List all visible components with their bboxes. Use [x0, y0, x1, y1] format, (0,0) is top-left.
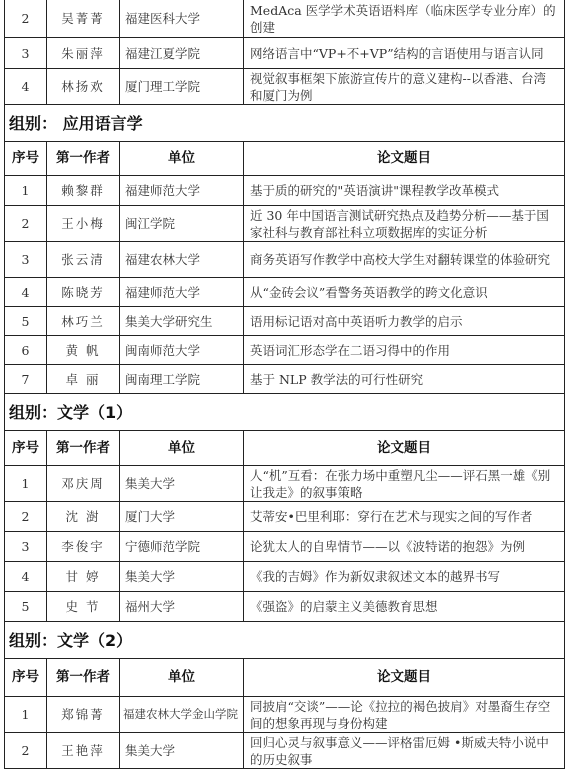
- row-number: 5: [5, 592, 47, 622]
- unit: 闽南师范大学: [120, 336, 244, 365]
- unit: 集美大学: [120, 466, 244, 502]
- author: 郑锦菁: [47, 697, 120, 733]
- paper-title: 基于 NLP 教学法的可行性研究: [244, 365, 565, 394]
- header-author: 第一作者: [47, 142, 120, 176]
- author: 张云清: [47, 242, 120, 278]
- author: 朱丽萍: [47, 38, 120, 69]
- table-row: 2 吴菁菁 福建医科大学 MedAca 医学学术英语语料库（临床医学专业分库）的…: [5, 0, 565, 38]
- row-number: 1: [5, 466, 47, 502]
- row-number: 4: [5, 562, 47, 592]
- row-number: 6: [5, 336, 47, 365]
- unit: 集美大学: [120, 733, 244, 769]
- table-row: 6 黄 帆 闽南师范大学 英语词汇形态学在二语习得中的作用: [5, 336, 565, 365]
- paper-list-table: 2 吴菁菁 福建医科大学 MedAca 医学学术英语语料库（临床医学专业分库）的…: [4, 0, 565, 769]
- paper-title: 基于质的研究的"英语演讲"课程教学改革模式: [244, 176, 565, 206]
- paper-title: 回归心灵与叙事意义——评格雷厄姆 •斯威夫特小说中的历史叙事: [244, 733, 565, 769]
- paper-title: 《我的吉姆》作为新奴隶叙述文本的越界书写: [244, 562, 565, 592]
- header-number: 序号: [5, 431, 47, 466]
- author: 甘 婷: [47, 562, 120, 592]
- group-label: 组别：文学（1）: [5, 394, 565, 431]
- author: 林巧兰: [47, 307, 120, 336]
- table-row: 2 王小梅 闽江学院 近 30 年中国语言测试研究热点及趋势分析——基于国家社科…: [5, 206, 565, 242]
- paper-title: 从“金砖会议”看警务英语教学的跨文化意识: [244, 278, 565, 307]
- row-number: 4: [5, 69, 47, 105]
- paper-title: MedAca 医学学术英语语料库（临床医学专业分库）的创建: [244, 0, 565, 38]
- row-number: 1: [5, 176, 47, 206]
- header-author: 第一作者: [47, 431, 120, 466]
- paper-title: 人“机”互看：在张力场中重塑凡尘——评石黑一雄《别让我走》的叙事策略: [244, 466, 565, 502]
- row-number: 4: [5, 278, 47, 307]
- unit: 集美大学: [120, 562, 244, 592]
- row-number: 1: [5, 697, 47, 733]
- author: 王小梅: [47, 206, 120, 242]
- paper-title: 近 30 年中国语言测试研究热点及趋势分析——基于国家社科与教育部社科立项数据库…: [244, 206, 565, 242]
- table-row: 1 邓庆周 集美大学 人“机”互看：在张力场中重塑凡尘——评石黑一雄《别让我走》…: [5, 466, 565, 502]
- header-number: 序号: [5, 142, 47, 176]
- paper-title: 网络语言中“VP+不+VP”结构的言语使用与语言认同: [244, 38, 565, 69]
- group-label: 组别：文学（2）: [5, 622, 565, 659]
- group-header: 组别： 应用语言学: [5, 105, 565, 142]
- table-row: 1 郑锦菁 福建农林大学金山学院 同披肩“交谈”——论《拉拉的褐色披肩》对墨裔生…: [5, 697, 565, 733]
- column-header-row: 序号 第一作者 单位 论文题目: [5, 659, 565, 697]
- table-row: 4 陈晓芳 福建师范大学 从“金砖会议”看警务英语教学的跨文化意识: [5, 278, 565, 307]
- unit: 福建农林大学: [120, 242, 244, 278]
- paper-title: 商务英语写作教学中高校大学生对翻转课堂的体验研究: [244, 242, 565, 278]
- row-number: 3: [5, 242, 47, 278]
- paper-title: 《强盗》的启蒙主义美德教育思想: [244, 592, 565, 622]
- table-row: 3 李俊宇 宁德师范学院 论犹太人的自卑情节——以《波特诺的抱怨》为例: [5, 532, 565, 562]
- header-author: 第一作者: [47, 659, 120, 697]
- table-row: 2 王艳萍 集美大学 回归心灵与叙事意义——评格雷厄姆 •斯威夫特小说中的历史叙…: [5, 733, 565, 769]
- author: 林扬欢: [47, 69, 120, 105]
- author: 陈晓芳: [47, 278, 120, 307]
- row-number: 3: [5, 38, 47, 69]
- paper-title: 英语词汇形态学在二语习得中的作用: [244, 336, 565, 365]
- unit: 福建江夏学院: [120, 38, 244, 69]
- group-header: 组别：文学（1）: [5, 394, 565, 431]
- header-unit: 单位: [120, 431, 244, 466]
- unit: 福州大学: [120, 592, 244, 622]
- row-number: 2: [5, 733, 47, 769]
- header-title: 论文题目: [244, 142, 565, 176]
- author: 赖黎群: [47, 176, 120, 206]
- header-title: 论文题目: [244, 659, 565, 697]
- paper-title: 视觉叙事框架下旅游宣传片的意义建构--以香港、台湾和厦门为例: [244, 69, 565, 105]
- table-row: 3 朱丽萍 福建江夏学院 网络语言中“VP+不+VP”结构的言语使用与语言认同: [5, 38, 565, 69]
- group-header: 组别：文学（2）: [5, 622, 565, 659]
- table-row: 3 张云清 福建农林大学 商务英语写作教学中高校大学生对翻转课堂的体验研究: [5, 242, 565, 278]
- row-number: 2: [5, 0, 47, 38]
- unit: 福建农林大学金山学院: [120, 697, 244, 733]
- unit: 厦门理工学院: [120, 69, 244, 105]
- unit: 闽南理工学院: [120, 365, 244, 394]
- header-unit: 单位: [120, 142, 244, 176]
- group-label: 组别： 应用语言学: [5, 105, 565, 142]
- unit: 福建医科大学: [120, 0, 244, 38]
- author: 黄 帆: [47, 336, 120, 365]
- unit: 福建师范大学: [120, 176, 244, 206]
- row-number: 2: [5, 502, 47, 532]
- header-unit: 单位: [120, 659, 244, 697]
- column-header-row: 序号 第一作者 单位 论文题目: [5, 142, 565, 176]
- row-number: 3: [5, 532, 47, 562]
- paper-title: 艾蒂安•巴里利耶：穿行在艺术与现实之间的写作者: [244, 502, 565, 532]
- table-row: 4 林扬欢 厦门理工学院 视觉叙事框架下旅游宣传片的意义建构--以香港、台湾和厦…: [5, 69, 565, 105]
- paper-title: 同披肩“交谈”——论《拉拉的褐色披肩》对墨裔生存空间的想象再现与身份构建: [244, 697, 565, 733]
- unit: 宁德师范学院: [120, 532, 244, 562]
- author: 李俊宇: [47, 532, 120, 562]
- table-row: 5 林巧兰 集美大学研究生 语用标记语对高中英语听力教学的启示: [5, 307, 565, 336]
- paper-title: 论犹太人的自卑情节——以《波特诺的抱怨》为例: [244, 532, 565, 562]
- unit: 厦门大学: [120, 502, 244, 532]
- unit: 集美大学研究生: [120, 307, 244, 336]
- table-row: 4 甘 婷 集美大学 《我的吉姆》作为新奴隶叙述文本的越界书写: [5, 562, 565, 592]
- unit: 福建师范大学: [120, 278, 244, 307]
- column-header-row: 序号 第一作者 单位 论文题目: [5, 431, 565, 466]
- author: 沈 澍: [47, 502, 120, 532]
- row-number: 2: [5, 206, 47, 242]
- author: 史 节: [47, 592, 120, 622]
- header-number: 序号: [5, 659, 47, 697]
- table-row: 5 史 节 福州大学 《强盗》的启蒙主义美德教育思想: [5, 592, 565, 622]
- row-number: 5: [5, 307, 47, 336]
- author: 吴菁菁: [47, 0, 120, 38]
- author: 邓庆周: [47, 466, 120, 502]
- paper-title: 语用标记语对高中英语听力教学的启示: [244, 307, 565, 336]
- table-row: 1 赖黎群 福建师范大学 基于质的研究的"英语演讲"课程教学改革模式: [5, 176, 565, 206]
- header-title: 论文题目: [244, 431, 565, 466]
- unit: 闽江学院: [120, 206, 244, 242]
- author: 卓 丽: [47, 365, 120, 394]
- table-row: 2 沈 澍 厦门大学 艾蒂安•巴里利耶：穿行在艺术与现实之间的写作者: [5, 502, 565, 532]
- author: 王艳萍: [47, 733, 120, 769]
- table-row: 7 卓 丽 闽南理工学院 基于 NLP 教学法的可行性研究: [5, 365, 565, 394]
- row-number: 7: [5, 365, 47, 394]
